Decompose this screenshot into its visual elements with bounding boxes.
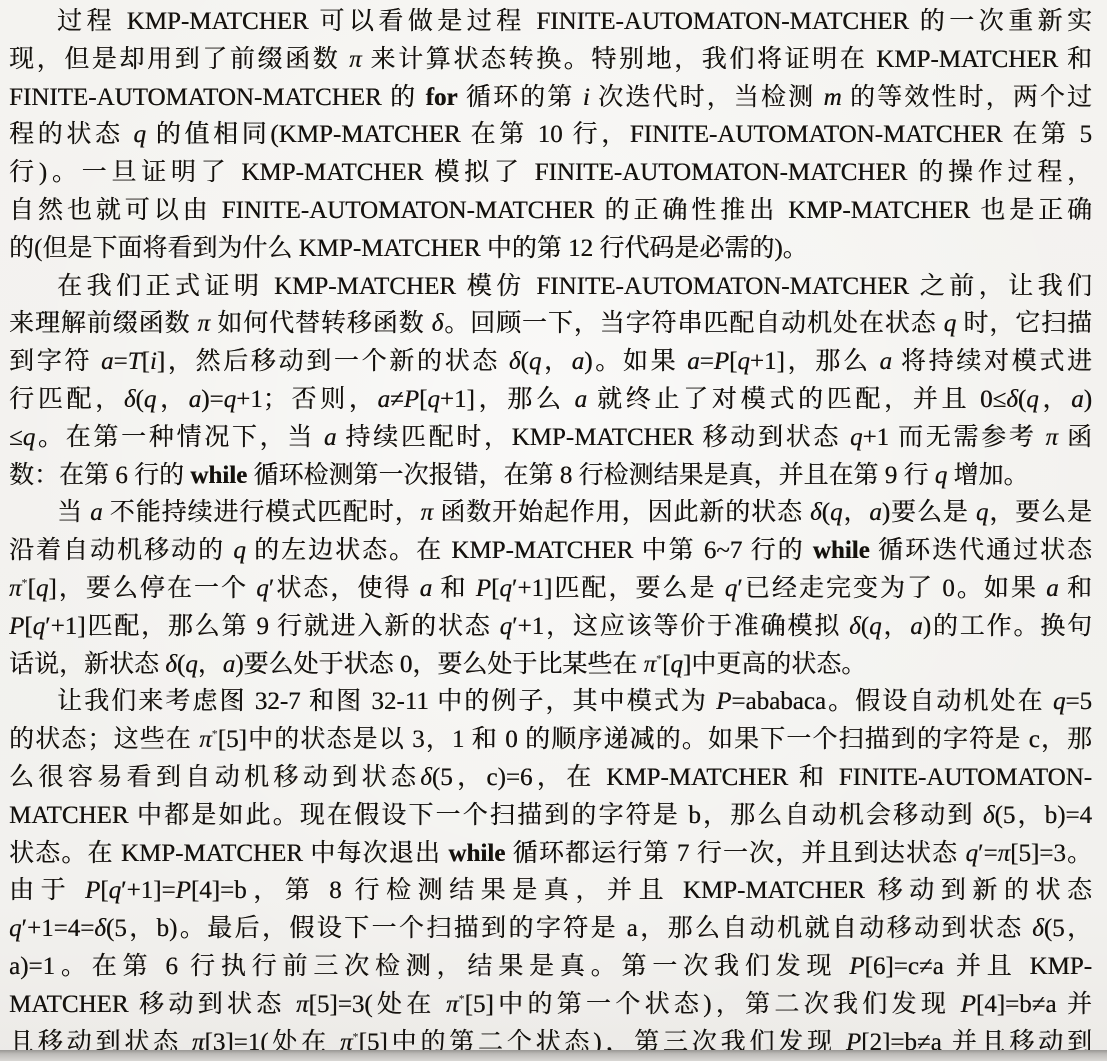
page: 过程 KMP-MATCHER 可以看做是过程 FINITE-AUTOMATON-… [0,0,1107,1061]
text-line: ≤q。在第一种情况下，当 a 持续匹配时，KMP-MATCHER 移动到状态 q… [9,419,1092,457]
paragraph-4: 让我们来考虑图 32-7 和图 32-11 中的例子，其中模式为 P=ababa… [9,683,1092,1061]
paragraph-2: 在我们正式证明 KMP-MATCHER 模仿 FINITE-AUTOMATON-… [9,268,1092,495]
text-line: 行匹配，δ(q，a)=q+1；否则，a≠P[q+1]，那么 a 就终止了对模式的… [9,381,1092,419]
text-line: FINITE-AUTOMATON-MATCHER 的 for 循环的第 i 次迭… [9,79,1092,117]
text-line: 的状态；这些在 π*[5]中的状态是以 3，1 和 0 的顺序递减的。如果下一个… [9,721,1092,759]
text-line: P[q′+1]匹配，那么第 9 行就进入新的状态 q′+1，这应该等价于准确模拟… [9,608,1092,646]
text-line: π*[q]，要么停在一个 q′状态，使得 a 和 P[q′+1]匹配，要么是 q… [9,570,1092,608]
text-line: 么很容易看到自动机移动到状态δ(5，c)=6，在 KMP-MATCHER 和 F… [9,759,1092,797]
text-line: 话说，新状态 δ(q，a)要么处于状态 0，要么处于比某些在 π*[q]中更高的… [9,646,1092,684]
scan-edge-shadow [0,1050,1107,1061]
text-line: 由于 P[q′+1]=P[4]=b，第 8 行检测结果是真，并且 KMP-MAT… [9,872,1092,910]
text-line: 自然也就可以由 FINITE-AUTOMATON-MATCHER 的正确性推出 … [9,192,1092,230]
text-line: 让我们来考虑图 32-7 和图 32-11 中的例子，其中模式为 P=ababa… [9,683,1092,721]
paragraph-1: 过程 KMP-MATCHER 可以看做是过程 FINITE-AUTOMATON-… [9,3,1092,268]
text-line: q′+1=4=δ(5，b)。最后，假设下一个扫描到的字符是 a，那么自动机就自动… [9,910,1092,948]
text-line: 到字符 a=T[i]，然后移动到一个新的状态 δ(q，a)。如果 a=P[q+1… [9,343,1092,381]
text-line: 来理解前缀函数 π 如何代替转移函数 δ。回顾一下，当字符串匹配自动机处在状态 … [9,305,1092,343]
text-line: 程的状态 q 的值相同(KMP-MATCHER 在第 10 行，FINITE-A… [9,116,1092,154]
text-line: 过程 KMP-MATCHER 可以看做是过程 FINITE-AUTOMATON-… [9,3,1092,41]
text-line: 状态。在 KMP-MATCHER 中每次退出 while 循环都运行第 7 行一… [9,835,1092,873]
text-line: 在我们正式证明 KMP-MATCHER 模仿 FINITE-AUTOMATON-… [9,268,1092,306]
text-line: 现，但是却用到了前缀函数 π 来计算状态转换。特别地，我们将证明在 KMP-MA… [9,41,1092,79]
paragraph-3: 当 a 不能持续进行模式匹配时，π 函数开始起作用，因此新的状态 δ(q，a)要… [9,494,1092,683]
text-line: 的(但是下面将看到为什么 KMP-MATCHER 中的第 12 行代码是必需的)… [9,230,1092,268]
text-line: a)=1。在第 6 行执行前三次检测，结果是真。第一次我们发现 P[6]=c≠a… [9,948,1092,986]
text-line: MATCHER 移动到状态 π[5]=3(处在 π*[5]中的第一个状态)，第二… [9,986,1092,1024]
page-text: 过程 KMP-MATCHER 可以看做是过程 FINITE-AUTOMATON-… [9,3,1092,1061]
text-line: 当 a 不能持续进行模式匹配时，π 函数开始起作用，因此新的状态 δ(q，a)要… [9,494,1092,532]
text-line: 沿着自动机移动的 q 的左边状态。在 KMP-MATCHER 中第 6~7 行的… [9,532,1092,570]
text-line: MATCHER 中都是如此。现在假设下一个扫描到的字符是 b，那么自动机会移动到… [9,797,1092,835]
text-line: 数：在第 6 行的 while 循环检测第一次报错，在第 8 行检测结果是真，并… [9,457,1092,495]
text-line: 行)。一旦证明了 KMP-MATCHER 模拟了 FINITE-AUTOMATO… [9,154,1092,192]
